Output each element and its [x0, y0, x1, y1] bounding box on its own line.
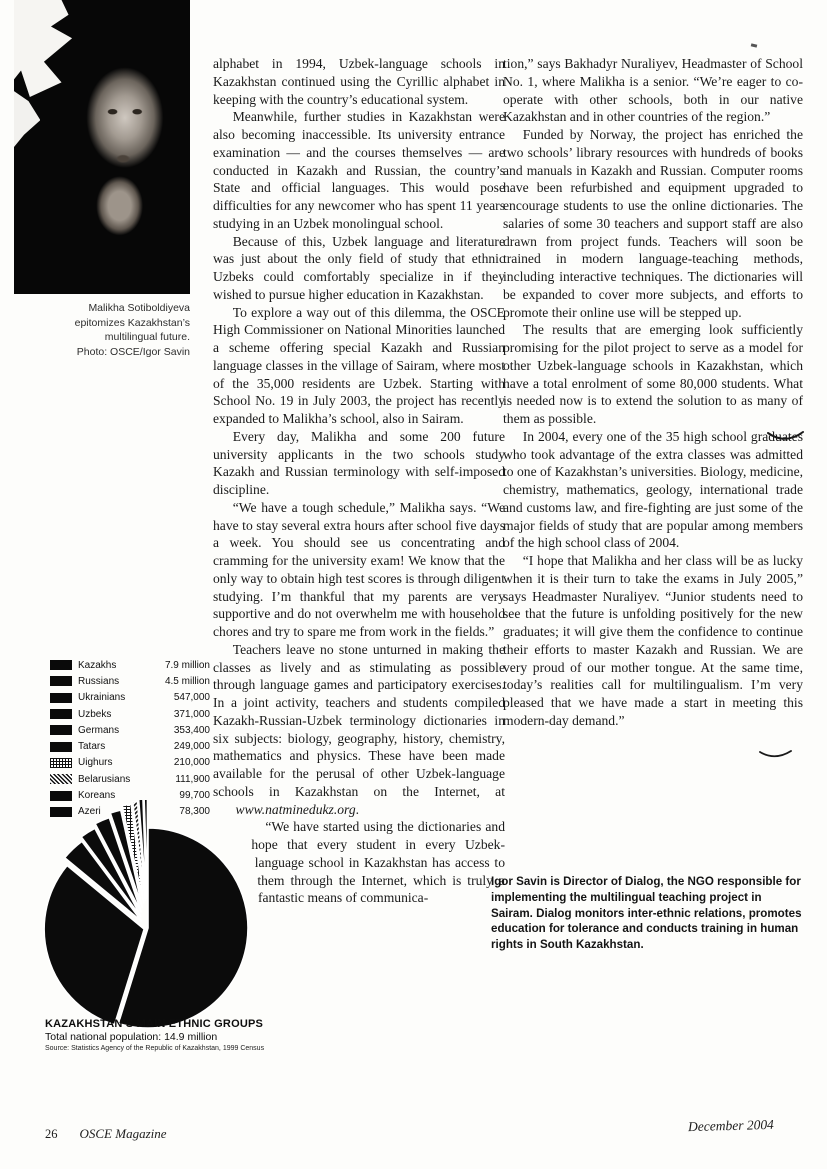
legend-value: 111,900	[150, 774, 210, 785]
legend-value: 7.9 million	[150, 660, 210, 671]
article-column-2: tion,” says Bakhadyr Nuraliyev, Headmast…	[503, 55, 803, 730]
paragraph-text: .	[356, 802, 359, 817]
legend-row: Ukrainians547,000	[50, 690, 210, 706]
scan-artifact-curve	[758, 748, 794, 762]
magazine-page: Malikha Sotiboldiyeva epitomizes Kazakhs…	[0, 0, 827, 1169]
author-bio: Igor Savin is Director of Dialog, the NG…	[491, 874, 803, 953]
paragraph: Meanwhile, further studies in Kazakhstan…	[213, 108, 505, 232]
footer-date: December 2004	[688, 1117, 774, 1135]
legend-label: Tatars	[78, 741, 150, 752]
page-number: 26	[45, 1127, 58, 1141]
paragraph: “We have a tough schedule,” Malikha says…	[213, 499, 505, 641]
legend-row: Tatars249,000	[50, 738, 210, 754]
legend-row: Uighurs210,000	[50, 755, 210, 771]
legend-label: Ukrainians	[78, 692, 150, 703]
legend-row: Belarusians111,900	[50, 771, 210, 787]
scan-artifact-curve	[765, 428, 807, 446]
paragraph: In 2004, every one of the 35 high school…	[503, 428, 803, 552]
legend-swatch-icon	[50, 742, 72, 752]
scan-artifact-dot	[751, 43, 758, 47]
paragraph: Teachers leave no stone unturned in maki…	[213, 641, 505, 819]
paragraph: alphabet in 1994, Uzbek-language schools…	[213, 55, 505, 108]
legend-swatch-icon	[50, 758, 72, 768]
legend-label: Kazakhs	[78, 660, 150, 671]
legend-label: Russians	[78, 676, 150, 687]
paragraph: Because of this, Uzbek language and lite…	[213, 233, 505, 304]
legend-value: 547,000	[150, 692, 210, 703]
caption-line: epitomizes Kazakhstan’s	[18, 316, 190, 331]
legend-label: Uzbeks	[78, 709, 150, 720]
footer-left: 26OSCE Magazine	[45, 1126, 167, 1142]
legend-label: Uighurs	[78, 757, 150, 768]
paragraph: tion,” says Bakhadyr Nuraliyev, Headmast…	[503, 55, 803, 126]
paragraph-text: Teachers leave no stone unturned in maki…	[213, 642, 505, 799]
legend-value: 4.5 million	[150, 676, 210, 687]
legend-swatch-icon	[50, 709, 72, 719]
caption-line: Malikha Sotiboldiyeva	[18, 301, 190, 316]
legend-row: Germans353,400	[50, 722, 210, 738]
article-column-1: alphabet in 1994, Uzbek-language schools…	[213, 55, 505, 1073]
legend-swatch-icon	[50, 774, 72, 784]
paragraph: “I hope that Malikha and her class will …	[503, 552, 803, 730]
caption-line: Photo: OSCE/Igor Savin	[18, 345, 190, 360]
legend-row: Russians4.5 million	[50, 673, 210, 689]
caption-line: multilingual future.	[18, 330, 190, 345]
chart-legend: Kazakhs7.9 million Russians4.5 million U…	[50, 657, 210, 820]
paragraph: The results that are emerging look suffi…	[503, 321, 803, 428]
legend-value: 249,000	[150, 741, 210, 752]
legend-value: 210,000	[150, 757, 210, 768]
legend-label: Belarusians	[78, 774, 150, 785]
paragraph: To explore a way out of this dilemma, th…	[213, 304, 505, 428]
legend-value: 371,000	[150, 709, 210, 720]
website-url: www.natminedukz.org	[236, 802, 356, 817]
portrait-photo	[14, 0, 190, 294]
legend-label: Germans	[78, 725, 150, 736]
legend-row: Kazakhs7.9 million	[50, 657, 210, 673]
magazine-name: OSCE Magazine	[80, 1126, 167, 1141]
paragraph: Funded by Norway, the project has enrich…	[503, 126, 803, 321]
paragraph: Every day, Malikha and some 200 future u…	[213, 428, 505, 499]
photo-caption: Malikha Sotiboldiyeva epitomizes Kazakhs…	[18, 301, 190, 359]
legend-value: 353,400	[150, 725, 210, 736]
legend-swatch-icon	[50, 660, 72, 670]
legend-swatch-icon	[50, 676, 72, 686]
legend-swatch-icon	[50, 693, 72, 703]
legend-swatch-icon	[50, 725, 72, 735]
legend-row: Uzbeks371,000	[50, 706, 210, 722]
